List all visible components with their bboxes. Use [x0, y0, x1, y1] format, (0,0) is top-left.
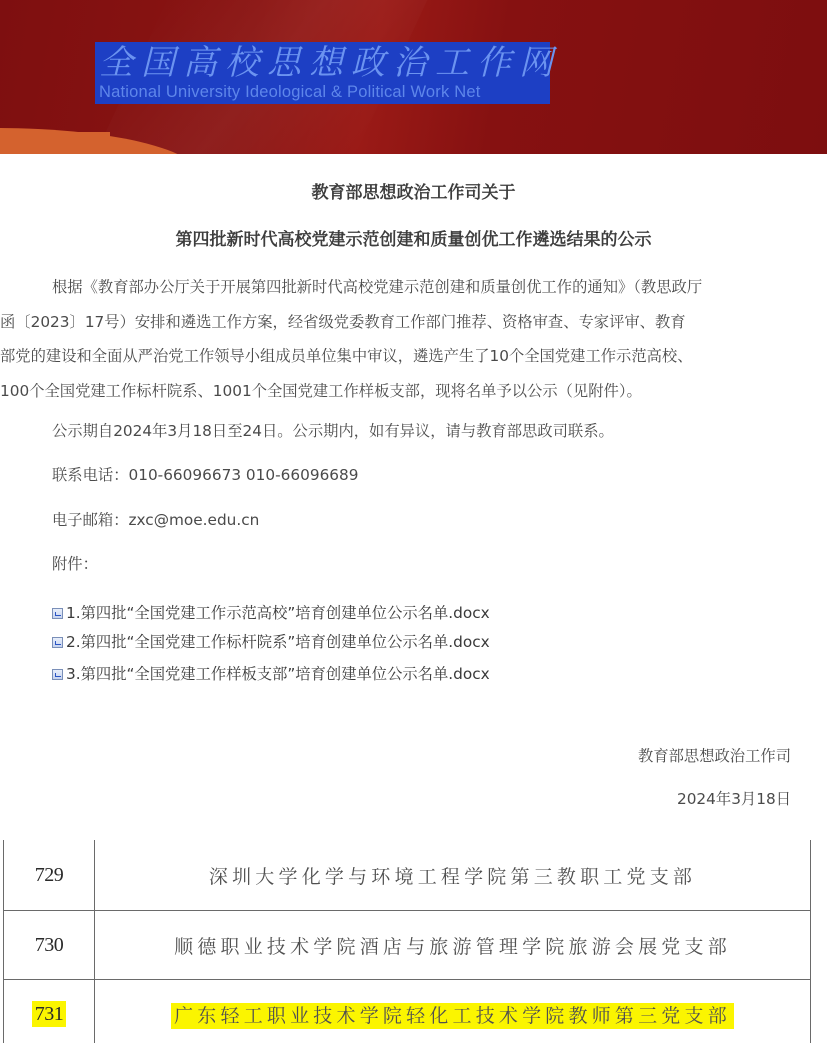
branch-list-table: 729 深圳大学化学与环境工程学院第三教职工党支部 730 顺德职业技术学院酒店…: [3, 840, 811, 1043]
notice-title-line2: 第四批新时代高校党建示范创建和质量创优工作遴选结果的公示: [0, 229, 827, 251]
row-number: 729: [4, 840, 95, 911]
notice-body-paragraph: 根据《教育部办公厅关于开展第四批新时代高校党建示范创建和质量创优工作的通知》（教…: [0, 270, 810, 408]
word-doc-icon: [52, 669, 63, 680]
paragraph-line: 根据《教育部办公厅关于开展第四批新时代高校党建示范创建和质量创优工作的通知》（教…: [0, 270, 810, 305]
paragraph-line: 函〔2023〕17号）安排和遴选工作方案，经省级党委教育工作部门推荐、资格审查、…: [0, 305, 810, 340]
paragraph-line: 100个全国党建工作标杆院系、1001个全国党建工作样板支部，现将名单予以公示（…: [0, 374, 810, 409]
attachment-link-2[interactable]: 2.第四批“全国党建工作标杆院系”培育创建单位公示名单.docx: [52, 632, 490, 652]
row-number: 730: [4, 911, 95, 980]
word-doc-icon: [52, 608, 63, 619]
contact-email: 电子邮箱：zxc@moe.edu.cn: [52, 510, 259, 530]
row-number-cell: 731: [4, 980, 95, 1043]
attachment-link-1[interactable]: 1.第四批“全国党建工作示范高校”培育创建单位公示名单.docx: [52, 603, 490, 623]
attachment-label: 2.第四批“全国党建工作标杆院系”培育创建单位公示名单.docx: [66, 632, 490, 652]
logo-english-title: National University Ideological & Politi…: [99, 82, 546, 102]
table-row-highlighted: 731 广东轻工职业技术学院轻化工技术学院教师第三党支部: [4, 980, 811, 1043]
site-banner: 全国高校思想政治工作网 National University Ideologi…: [0, 0, 827, 154]
word-doc-icon: [52, 637, 63, 648]
notice-title-line1: 教育部思想政治工作司关于: [0, 182, 827, 204]
attachment-label: 1.第四批“全国党建工作示范高校”培育创建单位公示名单.docx: [66, 603, 490, 623]
contact-phone: 联系电话：010-66096673 010-66096689: [52, 465, 359, 485]
branch-name-cell: 广东轻工职业技术学院轻化工技术学院教师第三党支部: [95, 980, 811, 1043]
signature-date: 2024年3月18日: [677, 789, 791, 809]
branch-name: 深圳大学化学与环境工程学院第三教职工党支部: [95, 840, 811, 911]
highlighted-row-number: 731: [32, 1001, 67, 1027]
publicity-period: 公示期自2024年3月18日至24日。公示期内，如有异议，请与教育部思政司联系。: [52, 421, 614, 441]
site-logo[interactable]: 全国高校思想政治工作网 National University Ideologi…: [95, 42, 550, 104]
branch-name: 顺德职业技术学院酒店与旅游管理学院旅游会展党支部: [95, 911, 811, 980]
highlighted-branch-name: 广东轻工职业技术学院轻化工技术学院教师第三党支部: [171, 1003, 734, 1029]
attachment-link-3[interactable]: 3.第四批“全国党建工作样板支部”培育创建单位公示名单.docx: [52, 664, 490, 684]
table-row: 730 顺德职业技术学院酒店与旅游管理学院旅游会展党支部: [4, 911, 811, 980]
signature-organization: 教育部思想政治工作司: [638, 746, 791, 766]
attachments-label: 附件：: [52, 554, 98, 574]
table-row: 729 深圳大学化学与环境工程学院第三教职工党支部: [4, 840, 811, 911]
attachment-label: 3.第四批“全国党建工作样板支部”培育创建单位公示名单.docx: [66, 664, 490, 684]
paragraph-line: 部党的建设和全面从严治党工作领导小组成员单位集中审议，遴选产生了10个全国党建工…: [0, 339, 810, 374]
logo-chinese-title: 全国高校思想政治工作网: [99, 44, 546, 82]
